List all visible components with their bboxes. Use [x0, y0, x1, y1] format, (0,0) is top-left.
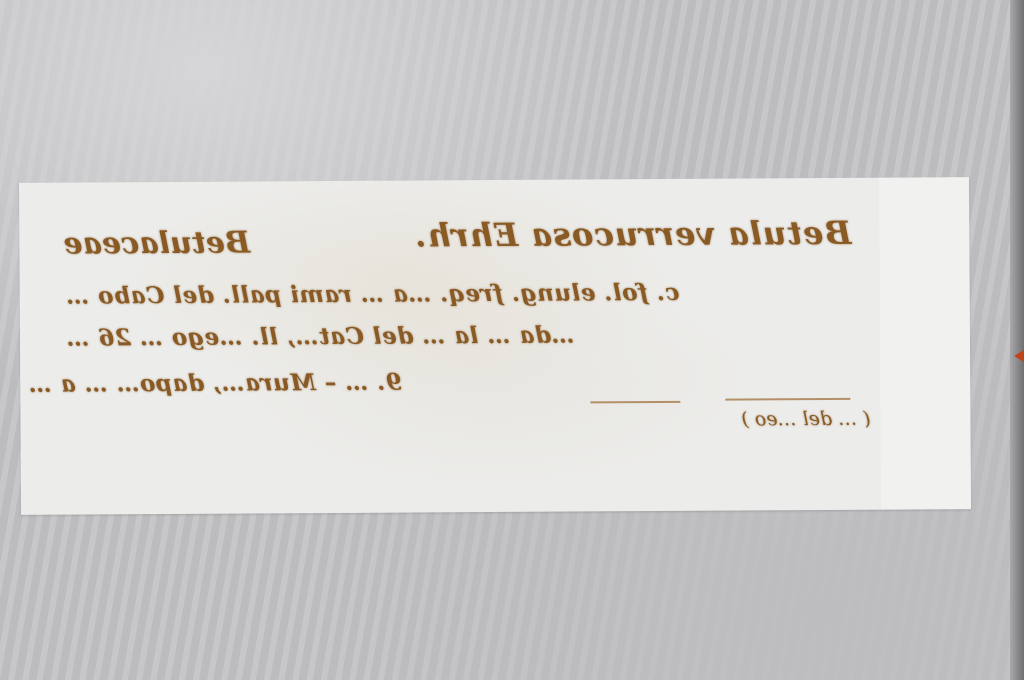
ink-underline — [590, 401, 680, 404]
red-pin-marker — [1014, 350, 1024, 362]
label-line-1: c. fol. elung. freq. …a … rami pall. del… — [66, 279, 680, 310]
family-name: Betulaceae — [63, 225, 250, 261]
page-edge-shadow — [1010, 0, 1024, 680]
label-note: ( … del …eo ) — [741, 408, 870, 431]
herbarium-label: Betula verrucosa Ehrh. Betulaceae c. fol… — [19, 177, 971, 515]
species-name: Betula verrucosa Ehrh. — [414, 214, 851, 255]
ink-underline — [725, 398, 850, 401]
label-tissue-overlap — [879, 177, 971, 510]
label-line-3: 9. … – Mura…, dapo… … a … — [28, 369, 402, 398]
label-line-2: …da … la … del Cat…, ll. …ego … 26 … — [66, 322, 575, 352]
